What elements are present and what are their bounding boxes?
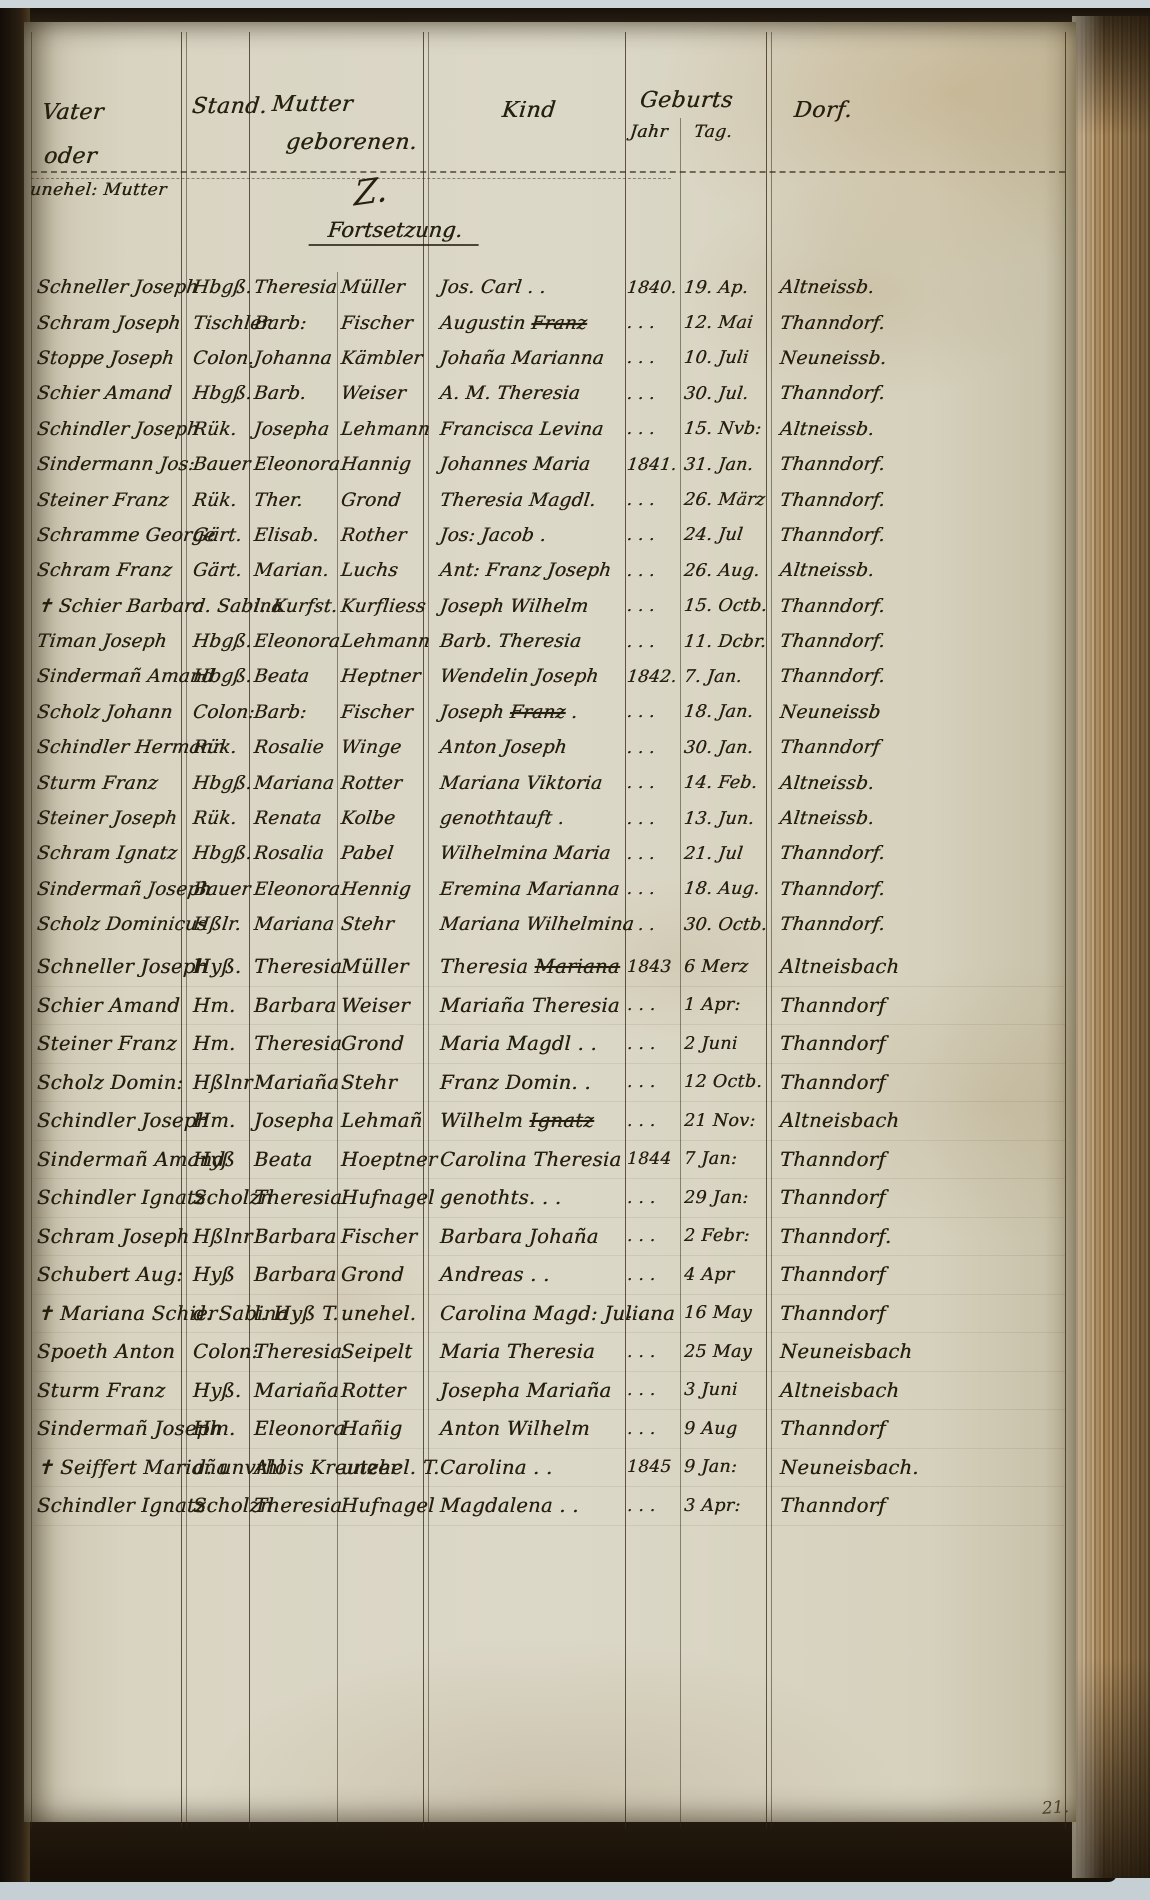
cell-stand: Hyß. <box>187 1379 251 1402</box>
cell-day: 7. Jan. <box>679 667 771 687</box>
cell-mother_maiden: Fischer <box>337 1225 431 1248</box>
cell-year: . . . <box>624 632 681 652</box>
cell-village: Thanndorf <box>770 1186 1066 1209</box>
header-stand: Stand. <box>191 94 269 119</box>
cell-year: . . . <box>625 1419 681 1439</box>
cell-child: Carolina . . <box>430 1456 626 1479</box>
cell-year: . . . <box>624 809 681 829</box>
cell-mother_maiden: Lehmann <box>336 419 432 440</box>
cell-father: Scholz Domin: <box>33 1071 188 1094</box>
cell-father: Schneller Joseph <box>32 277 189 298</box>
cell-child: Francisca Levina <box>429 419 627 440</box>
cell-father: Spoeth Anton <box>33 1340 188 1363</box>
cell-mother_first: Johanna <box>249 348 339 369</box>
cell-village: Thanndorf <box>770 994 1066 1017</box>
cell-stand: Hm. <box>187 1032 251 1055</box>
cell-father: Schram Joseph <box>33 1225 188 1248</box>
cell-father: Schindler Hermann <box>32 737 189 758</box>
cell-mother_maiden: Weiser <box>336 383 432 404</box>
cell-village: Thanndorf. <box>769 313 1067 334</box>
cell-mother_maiden: Winge <box>336 737 432 758</box>
cell-mother_first: Eleonora <box>250 1417 338 1440</box>
cell-day: 18. Jan. <box>679 702 771 722</box>
cell-village: Thanndorf. <box>769 596 1067 617</box>
cell-village: Altneisbach <box>770 1379 1066 1402</box>
cell-village: Thanndorf <box>770 1148 1066 1171</box>
cell-year: . . . <box>625 1265 681 1285</box>
cell-year: . . . <box>625 1226 681 1246</box>
cell-mother_first: Mariana <box>249 914 339 935</box>
cell-village: Thanndorf. <box>769 490 1067 511</box>
section-label-fortsetzung: Fortsetzung. <box>309 218 482 246</box>
cell-day: 12. Mai <box>679 313 771 333</box>
cell-mother_first: Beata <box>249 666 339 687</box>
page-number: 21. <box>1041 1797 1069 1819</box>
cell-village: Neuneissb <box>769 702 1067 723</box>
cell-stand: Hyß <box>187 1263 251 1286</box>
cell-stand: Hßlnr <box>187 1225 251 1248</box>
cell-year: . . . <box>624 490 681 510</box>
cell-year: . . . <box>624 525 681 545</box>
cell-year: . . . <box>624 348 681 368</box>
cell-father: Schram Joseph <box>32 313 189 334</box>
cell-stand: Rük. <box>186 419 252 440</box>
cell-village: Thanndorf. <box>769 843 1067 864</box>
cell-village: Altneissb. <box>769 419 1067 440</box>
cell-day: 21 Nov: <box>680 1111 771 1131</box>
cell-year: . . . <box>625 995 681 1015</box>
cell-year: . . . <box>625 1303 681 1323</box>
cell-child: genothts. . . <box>430 1186 626 1209</box>
cell-child: Anton Wilhelm <box>430 1417 626 1440</box>
cell-day: 13. Jun. <box>679 809 771 829</box>
cell-year: 1841. <box>624 455 681 475</box>
table-row: Sindermañ JosephHm.EleonoraHañigAnton Wi… <box>33 1410 1065 1449</box>
table-row: Steiner JosephRük.RenataKolbegenothtauft… <box>33 801 1065 836</box>
cell-day: 30. Octb. <box>679 915 771 935</box>
cell-father: Sindermann Jos: <box>32 454 189 475</box>
cell-day: 3 Juni <box>680 1380 771 1400</box>
cell-village: Thanndorf <box>770 1302 1066 1325</box>
cell-father: Schram Franz <box>32 560 189 581</box>
cell-stand: Hßlnr <box>187 1071 251 1094</box>
table-row: Timan JosephHbgß.EleonoraLehmannBarb. Th… <box>33 624 1065 659</box>
cell-village: Neuneissb. <box>769 348 1067 369</box>
cell-mother_first: Barb: <box>249 313 339 334</box>
cell-day: 10. Juli <box>679 348 771 368</box>
table-row: Schubert Aug:HyßBarbaraGrondAndreas . ..… <box>33 1256 1065 1295</box>
cell-father: Sindermañ Amand <box>32 666 189 687</box>
cell-year: . . . <box>625 1188 681 1208</box>
cell-village: Altneissb. <box>769 560 1067 581</box>
cell-stand: Hm. <box>187 1109 251 1132</box>
scanned-register-page: { "document": { "kind": "handwritten chu… <box>0 0 1150 1900</box>
cell-year: 1842. <box>624 667 681 687</box>
cell-mother_first: Theresia <box>250 1186 338 1209</box>
flourish-mark: Z. <box>353 169 388 214</box>
cell-stand: Hbgß. <box>186 383 252 404</box>
table-row: Schindler JosephRük.JosephaLehmannFranci… <box>33 412 1065 447</box>
cell-mother_maiden: Rotter <box>337 1379 431 1402</box>
cell-day: 26. Aug. <box>679 561 771 581</box>
cell-year: . . . <box>625 1111 681 1131</box>
cell-mother_first: Elisab. <box>249 525 339 546</box>
cell-stand: Bauer <box>186 454 252 475</box>
cell-child: Mariana Viktoria <box>429 773 627 794</box>
cell-mother_first: Eleonora <box>249 631 339 652</box>
cell-year: . . . <box>624 702 681 722</box>
cell-stand: d. Sabina <box>186 596 252 617</box>
cell-year: 1845 <box>625 1457 681 1477</box>
table-row: Schramme GeorgeGärt.Elisab.RotherJos: Ja… <box>33 518 1065 553</box>
cell-day: 14. Feb. <box>679 773 771 793</box>
cell-mother_first: Barbara <box>250 1225 338 1248</box>
cell-child: Wendelin Joseph <box>429 666 627 687</box>
cell-mother_maiden: Lehmann <box>336 631 432 652</box>
cell-stand: Bauer <box>186 879 252 900</box>
cell-mother_first: Ther. <box>249 490 339 511</box>
cell-day: 16 May <box>680 1303 771 1323</box>
cell-child: Jos. Carl . . <box>429 277 627 298</box>
cell-day: 9 Aug <box>680 1419 771 1439</box>
cell-mother_maiden: Grond <box>337 1263 431 1286</box>
cell-year: . . . <box>624 844 681 864</box>
header-mother: Mutter <box>271 92 355 117</box>
cell-day: 19. Ap. <box>679 278 771 298</box>
cell-day: 2 Juni <box>680 1034 771 1054</box>
cell-stand: d. Sabina <box>187 1302 251 1325</box>
table-row: Spoeth AntonColon:TheresiaSeipeltMaria T… <box>33 1333 1065 1372</box>
cell-mother_maiden: Fischer <box>336 313 432 334</box>
header-birth-year: Jahr <box>629 122 669 142</box>
cell-day: 29 Jan: <box>680 1188 771 1208</box>
cell-mother_first: Theresia <box>250 1032 338 1055</box>
cell-village: Thanndorf. <box>770 1225 1066 1248</box>
cell-day: 15. Octb. <box>679 596 771 616</box>
cell-year: 1844 <box>625 1149 681 1169</box>
cell-stand: Scholzn <box>187 1494 251 1517</box>
cell-father: Schindler Joseph <box>32 419 189 440</box>
cell-village: Thanndorf. <box>769 666 1067 687</box>
cell-father: Sindermañ Joseph <box>33 1417 188 1440</box>
cell-mother_first: Barb. <box>249 383 339 404</box>
cell-stand: Tischler <box>186 313 252 334</box>
cell-mother_maiden: Hannig <box>336 454 432 475</box>
cell-mother_maiden: Müller <box>337 955 431 978</box>
cell-father: Steiner Franz <box>33 1032 188 1055</box>
cell-father: Schier Amand <box>32 383 189 404</box>
cell-village: Thanndorf. <box>769 914 1067 935</box>
cell-year: . . . <box>625 1072 681 1092</box>
register-paper-page: Vater oder unehel: Mutter Stand. Mutter … <box>24 22 1076 1822</box>
cell-year: . . . <box>625 1380 681 1400</box>
table-row: Schindler IgnatzScholznTheresiaHufnagelM… <box>33 1487 1065 1526</box>
cell-stand: Hbgß. <box>186 631 252 652</box>
table-row: Steiner FranzHm.TheresiaGrondMaria Magdl… <box>33 1025 1065 1064</box>
header-rule-dashed <box>31 171 1065 173</box>
cell-child: Carolina Magd: Juliana <box>430 1302 626 1325</box>
table-row: ✝ Schier Barbarad. Sabinal. Kurfst.Kurfl… <box>33 589 1065 624</box>
cell-child: Wilhelmina Maria <box>429 843 627 864</box>
cell-village: Thanndorf <box>769 737 1067 758</box>
cell-child: Barb. Theresia <box>429 631 627 652</box>
cell-mother_maiden: Kurfliess <box>336 596 432 617</box>
cell-mother_maiden: unehel. T. <box>337 1456 431 1479</box>
cell-child: Theresia Magdl. <box>429 490 627 511</box>
cell-mother_first: Barbara <box>250 1263 338 1286</box>
fore-edge-shading <box>1072 16 1150 1878</box>
cell-mother_first: Theresia <box>250 1340 338 1363</box>
cell-child: Carolina Theresia <box>430 1148 626 1171</box>
cell-child: Johaña Marianna <box>429 348 627 369</box>
cell-village: Neuneisbach. <box>770 1456 1066 1479</box>
cell-village: Altneisbach <box>770 1109 1066 1132</box>
header-birth-day: Tag. <box>693 122 734 142</box>
cell-year: . . . <box>624 773 681 793</box>
cell-village: Altneisbach <box>770 955 1066 978</box>
cell-year: . . . <box>625 1342 681 1362</box>
cell-day: 18. Aug. <box>679 879 771 899</box>
cell-stand: Rük. <box>186 737 252 758</box>
cell-mother_maiden: Lehmañ <box>337 1109 431 1132</box>
table-row: Stoppe JosephColon.JohannaKämblerJohaña … <box>33 341 1065 376</box>
cell-day: 30. Jul. <box>679 384 771 404</box>
table-row: Scholz JohannColon:Barb:FischerJoseph Fr… <box>33 695 1065 730</box>
cell-mother_maiden: Heptner <box>336 666 432 687</box>
cell-father: Schindler Joseph <box>33 1109 188 1132</box>
cell-stand: Hm. <box>187 994 251 1017</box>
header-father-oder: oder <box>43 144 99 169</box>
table-row: Steiner FranzRük.Ther.GrondTheresia Magd… <box>33 482 1065 517</box>
cell-mother_first: Alois Kreutzer <box>250 1456 338 1479</box>
cell-father: Schindler Ignatz <box>33 1494 188 1517</box>
cell-mother_maiden: Luchs <box>336 560 432 581</box>
cell-village: Thanndorf. <box>769 525 1067 546</box>
table-row: Schindler IgnatzScholznTheresiaHufnagelg… <box>33 1179 1065 1218</box>
cell-mother_maiden: Hoeptner <box>337 1148 431 1171</box>
cell-stand: Hbgß. <box>186 843 252 864</box>
cell-stand: Rük. <box>186 490 252 511</box>
cell-father: Schindler Ignatz <box>33 1186 188 1209</box>
register-rows-1840-1842: Schneller JosephHbgß.TheresiaMüllerJos. … <box>33 270 1065 942</box>
table-row: Schindler JosephHm.JosephaLehmañWilhelm … <box>33 1102 1065 1141</box>
cell-child: Andreas . . <box>430 1263 626 1286</box>
cell-stand: Hbgß. <box>186 277 252 298</box>
cell-village: Altneissb. <box>769 277 1067 298</box>
cell-child: Augustin Franz <box>429 313 627 334</box>
cell-child: Joseph Wilhelm <box>429 596 627 617</box>
cell-year: . . . <box>624 561 681 581</box>
cell-father: Steiner Franz <box>32 490 189 511</box>
cell-child: Jos: Jacob . <box>429 525 627 546</box>
cell-year: . . . <box>624 596 681 616</box>
cell-father: Schier Amand <box>33 994 188 1017</box>
cell-mother_first: Eleonora <box>249 454 339 475</box>
cell-day: 11. Dcbr. <box>679 632 771 652</box>
cell-child: A. M. Theresia <box>429 383 627 404</box>
register-rows-1843-1845: Schneller JosephHyß.TheresiaMüllerTheres… <box>33 948 1065 1526</box>
cell-mother_maiden: Stehr <box>336 914 432 935</box>
cell-mother_first: Rosalie <box>249 737 339 758</box>
cell-day: 7 Jan: <box>680 1149 771 1169</box>
cell-father: Schramme George <box>32 525 189 546</box>
cell-day: 3 Apr: <box>680 1496 771 1516</box>
cell-mother_first: Eleonora <box>249 879 339 900</box>
cell-mother_first: Renata <box>249 808 339 829</box>
cell-stand: Colon: <box>186 702 252 723</box>
cell-day: 12 Octb. <box>680 1072 771 1092</box>
table-row: Schram JosephTischlerBarb:FischerAugusti… <box>33 305 1065 340</box>
cell-mother_first: Beata <box>250 1148 338 1171</box>
cell-mother_maiden: Hufnagel <box>337 1494 431 1517</box>
cell-mother_maiden: Kolbe <box>336 808 432 829</box>
cell-child: Anton Joseph <box>429 737 627 758</box>
cell-year: . . . <box>624 313 681 333</box>
cell-day: 4 Apr <box>680 1265 771 1285</box>
cell-year: 1840. <box>624 278 681 298</box>
cell-mother_maiden: Hufnagel <box>337 1186 431 1209</box>
table-row: Schier AmandHm.BarbaraWeiserMariaña Ther… <box>33 987 1065 1026</box>
cell-child: Ant: Franz Joseph <box>429 560 627 581</box>
header-birth: Geburts <box>639 88 735 113</box>
cell-father: Stoppe Joseph <box>32 348 189 369</box>
cell-child: Eremina Marianna <box>429 879 627 900</box>
cell-day: 31. Jan. <box>679 455 771 475</box>
cell-mother_first: Marian. <box>249 560 339 581</box>
cell-mother_maiden: Kämbler <box>336 348 432 369</box>
cell-mother_maiden: Rotter <box>336 773 432 794</box>
table-row: Schindler HermannRük.RosalieWingeAnton J… <box>33 730 1065 765</box>
cell-day: 26. März <box>679 490 771 510</box>
cell-village: Thanndorf <box>770 1417 1066 1440</box>
table-row: Schneller JosephHbgß.TheresiaMüllerJos. … <box>33 270 1065 305</box>
table-row: Schram FranzGärt.Marian.LuchsAnt: Franz … <box>33 553 1065 588</box>
cell-stand: Hbgß. <box>186 666 252 687</box>
cell-mother_maiden: Grond <box>336 490 432 511</box>
cell-mother_maiden: Hañig <box>337 1417 431 1440</box>
cell-day: 30. Jan. <box>679 738 771 758</box>
cell-stand: Colon. <box>186 348 252 369</box>
cell-village: Thanndorf <box>770 1494 1066 1517</box>
cell-stand: Hm. <box>187 1417 251 1440</box>
header-child: Kind <box>501 98 557 123</box>
cell-village: Thanndorf. <box>769 383 1067 404</box>
cell-mother_maiden: Pabel <box>336 843 432 864</box>
cell-day: 2 Febr: <box>680 1226 771 1246</box>
cell-year: . . . <box>625 1034 681 1054</box>
cell-child: Theresia Mariana <box>430 955 626 978</box>
column-rule <box>1065 32 1066 1828</box>
header-rule-dashed-2 <box>31 178 671 179</box>
cell-village: Altneissb. <box>769 773 1067 794</box>
cell-child: Maria Theresia <box>430 1340 626 1363</box>
cell-village: Thanndorf <box>770 1071 1066 1094</box>
cell-year: . . . <box>624 879 681 899</box>
cell-day: 6 Merz <box>680 957 771 977</box>
cell-year: 1843 <box>625 957 681 977</box>
cell-village: Thanndorf <box>770 1263 1066 1286</box>
cell-child: Johannes Maria <box>429 454 627 475</box>
cell-year: . . . <box>624 915 681 935</box>
cell-father: Sindermañ Joseph <box>32 879 189 900</box>
cell-mother_first: Rosalia <box>249 843 339 864</box>
table-row: Sturm FranzHbgß.MarianaRotterMariana Vik… <box>33 765 1065 800</box>
cell-mother_maiden: Grond <box>337 1032 431 1055</box>
cell-stand: Hyß <box>187 1148 251 1171</box>
cell-village: Neuneisbach <box>770 1340 1066 1363</box>
cell-mother_first: Barb: <box>249 702 339 723</box>
cell-mother_first: Mariaña <box>250 1071 338 1094</box>
cell-child: Wilhelm Ignatz <box>430 1109 626 1132</box>
cell-child: Barbara Johaña <box>430 1225 626 1248</box>
cell-father: Schneller Joseph <box>33 955 188 978</box>
cell-village: Thanndorf. <box>769 879 1067 900</box>
cell-day: 9 Jan: <box>680 1457 771 1477</box>
cell-father: ✝ Schier Barbara <box>32 596 189 617</box>
cell-child: Maria Magdl . . <box>430 1032 626 1055</box>
table-row: Scholz Domin:HßlnrMariañaStehrFranz Domi… <box>33 1064 1065 1103</box>
cell-father: Schram Ignatz <box>32 843 189 864</box>
cell-stand: Hyß. <box>187 955 251 978</box>
cell-mother_maiden: Fischer <box>336 702 432 723</box>
table-row: Sindermañ AmandHbgß.BeataHeptnerWendelin… <box>33 659 1065 694</box>
cell-mother_first: Barbara <box>250 994 338 1017</box>
table-row: Sindermann Jos:BauerEleonoraHannigJohann… <box>33 447 1065 482</box>
cell-day: 1 Apr: <box>680 995 771 1015</box>
cell-village: Altneissb. <box>769 808 1067 829</box>
cell-child: Joseph Franz . <box>429 702 627 723</box>
cell-day: 15. Nvb: <box>679 419 771 439</box>
cell-child: Mariana Wilhelmina <box>429 914 627 935</box>
table-row: Sindermañ JosephBauerEleonoraHennigEremi… <box>33 872 1065 907</box>
cell-father: Sturm Franz <box>32 773 189 794</box>
cell-father: Timan Joseph <box>32 631 189 652</box>
cell-stand: Gärt. <box>186 525 252 546</box>
cell-child: genothtauft . <box>429 808 627 829</box>
cell-village: Thanndorf. <box>769 631 1067 652</box>
cell-mother_maiden: unehel. <box>337 1302 431 1325</box>
header-father: Vater <box>41 100 106 125</box>
cell-stand: Scholzn <box>187 1186 251 1209</box>
cell-father: Scholz Johann <box>32 702 189 723</box>
cell-mother_maiden: Weiser <box>337 994 431 1017</box>
cell-stand: d. unvrhl <box>187 1456 251 1479</box>
header-mother-born: geborenen. <box>285 130 419 155</box>
cell-day: 24. Jul <box>679 525 771 545</box>
table-row: ✝ Seiffert Mariañad. unvrhlAlois Kreutze… <box>33 1449 1065 1488</box>
header-village: Dorf. <box>793 98 854 123</box>
cell-year: . . . <box>624 738 681 758</box>
cell-father: ✝ Seiffert Mariaña <box>33 1456 188 1479</box>
table-row: Sturm FranzHyß.MariañaRotterJosepha Mari… <box>33 1372 1065 1411</box>
cell-mother_first: l. Kurfst. <box>249 596 339 617</box>
table-row: Schneller JosephHyß.TheresiaMüllerTheres… <box>33 948 1065 987</box>
cell-father: Sindermañ Amand <box>33 1148 188 1171</box>
cell-father: ✝ Mariana Schier <box>33 1302 188 1325</box>
cell-child: Mariaña Theresia <box>430 994 626 1017</box>
cell-year: . . . <box>624 384 681 404</box>
cell-stand: Hbgß. <box>186 773 252 794</box>
book-fore-edge-pages <box>1072 16 1150 1878</box>
cell-mother_first: Theresia <box>249 277 339 298</box>
book-edge-bottom <box>6 1818 1116 1882</box>
cell-mother_first: Josepha <box>250 1109 338 1132</box>
cell-mother_maiden: Stehr <box>337 1071 431 1094</box>
table-row: ✝ Mariana Schierd. Sabinal. Hyß T.unehel… <box>33 1295 1065 1334</box>
cell-mother_maiden: Hennig <box>336 879 432 900</box>
cell-stand: Colon: <box>187 1340 251 1363</box>
cell-child: Franz Domin. . <box>430 1071 626 1094</box>
